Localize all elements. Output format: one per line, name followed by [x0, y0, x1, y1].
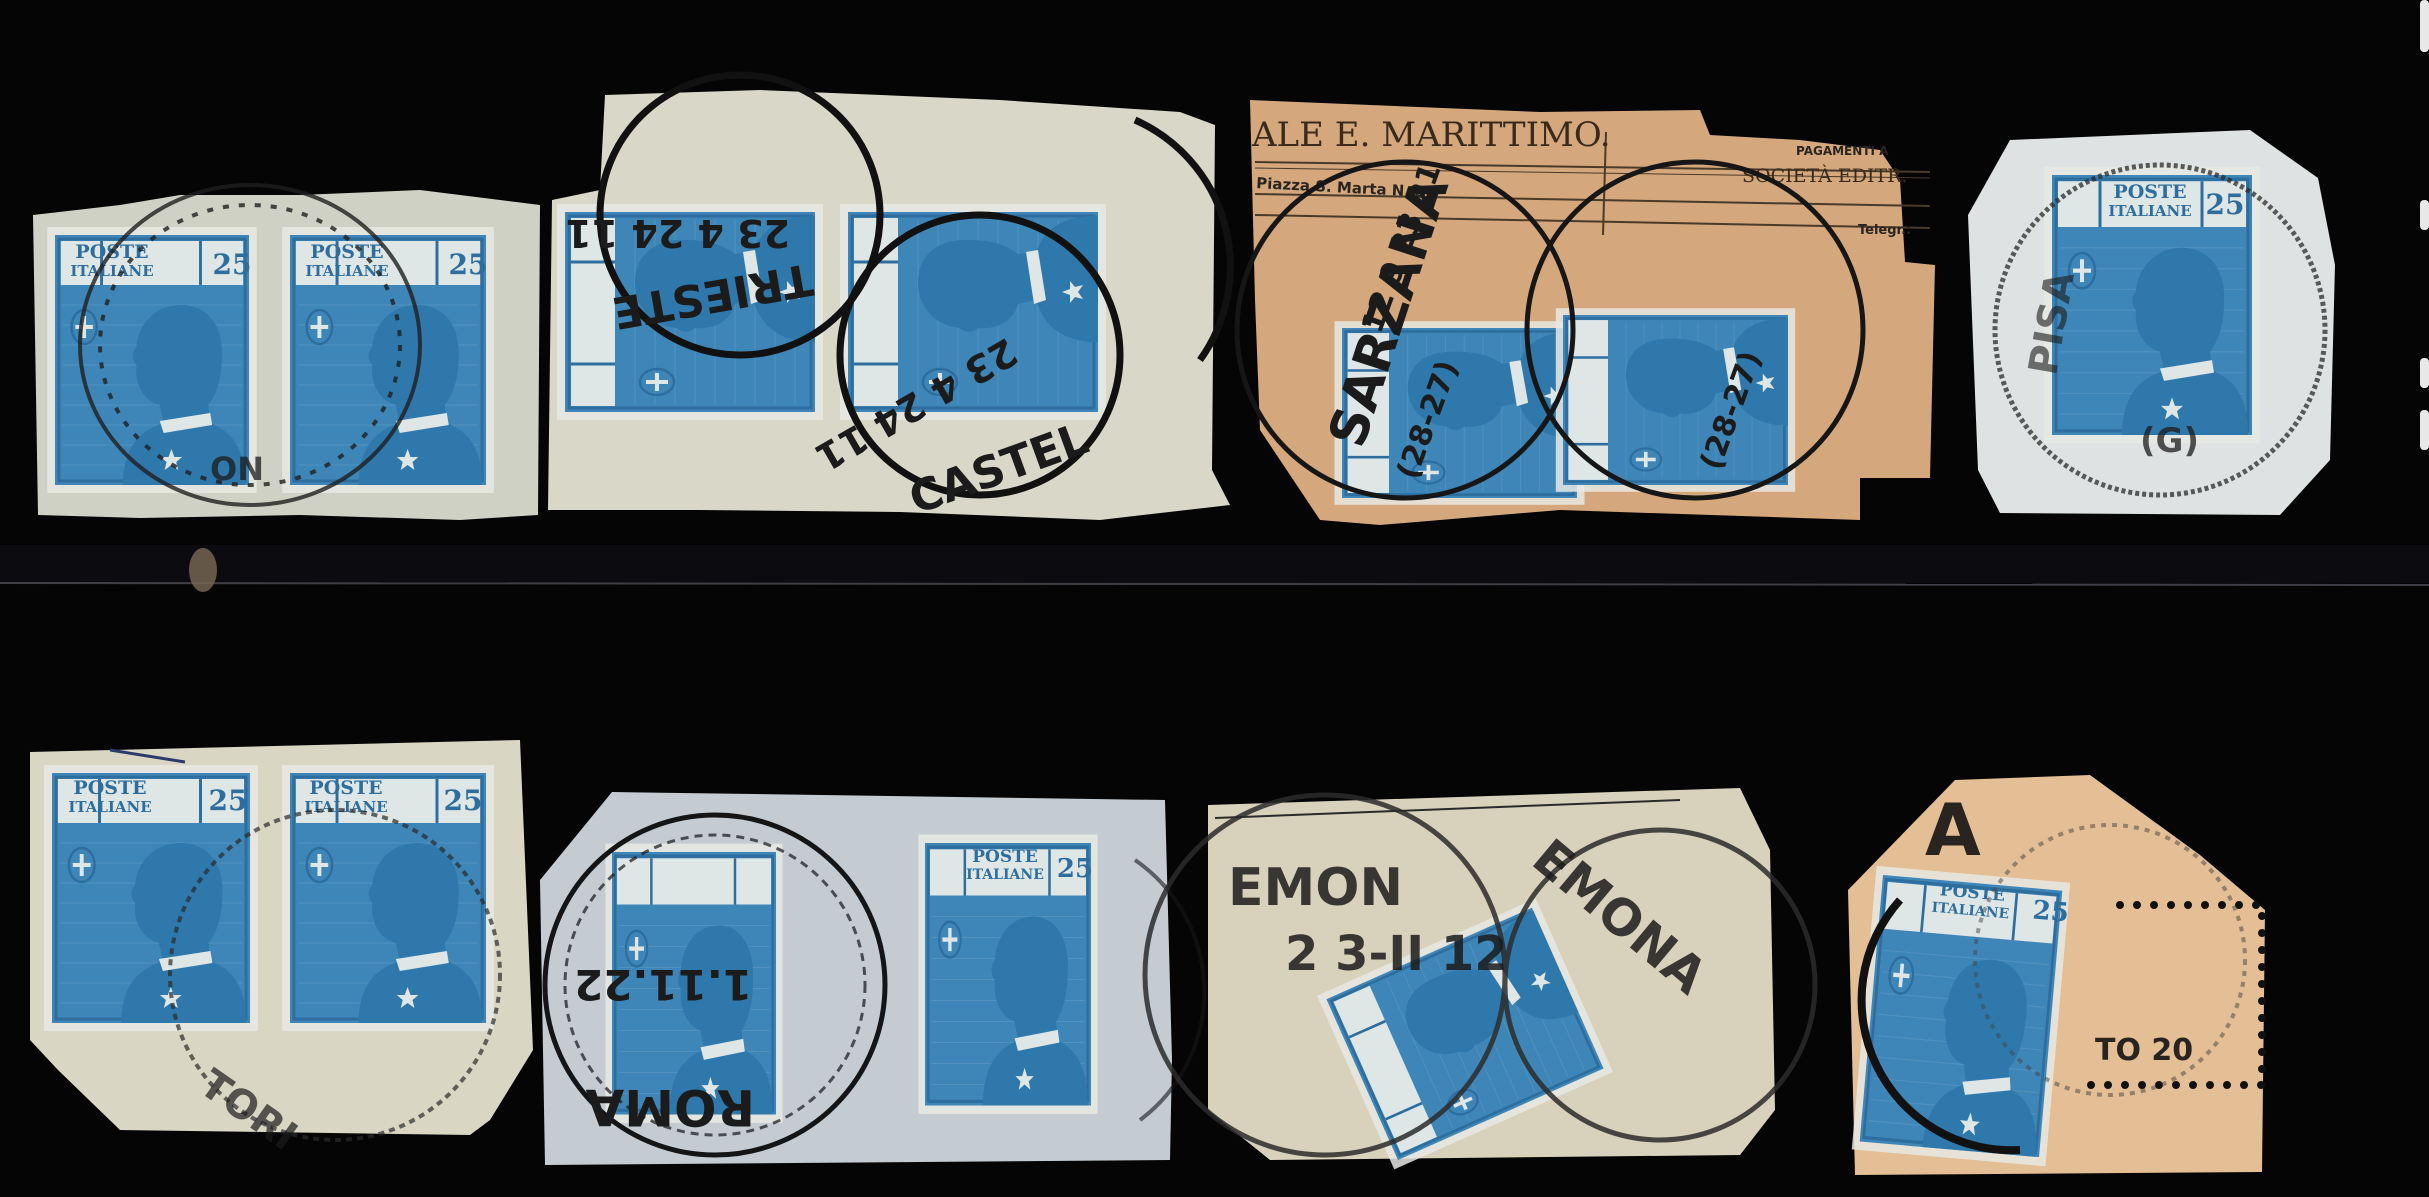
svg-text:ROMA: ROMA — [585, 1078, 755, 1136]
svg-text:Telegr.:: Telegr.: — [1858, 223, 1911, 238]
fragment-pair-c: ALE E. MARITTIMO. Piazza S. Marta N. 30 … — [1237, 100, 1935, 525]
fragment-pair-e: POSTE ITALIANE 25 POSTE ITALIANE 25 TORI — [30, 740, 533, 1160]
fragment-pair-a: POSTE ITALIANE 25 POSTE ITALIANE 25 ON — [33, 185, 540, 520]
svg-text:25: 25 — [444, 784, 483, 817]
svg-text:ITALIANE: ITALIANE — [68, 798, 151, 816]
svg-text:POSTE: POSTE — [2113, 181, 2186, 203]
stock-page-photo: POSTE ITALIANE 25 POSTE ITALIANE 25 ON 2… — [0, 0, 2429, 1197]
svg-text:25: 25 — [213, 248, 252, 281]
svg-text:23 4 24 11: 23 4 24 11 — [565, 211, 790, 255]
svg-text:POSTE: POSTE — [310, 241, 383, 263]
fragment-pair-b: 23 4 24 11 23 4 24 11 TRIESTE CASTEL — [548, 75, 1230, 525]
svg-text:A: A — [1925, 788, 1981, 872]
fragment-single-d: POSTE ITALIANE 25 PISA (G) — [1968, 130, 2335, 515]
fragment-single-g: EMON EMONA 2 3-II 12 — [1145, 788, 1815, 1169]
svg-text:25: 25 — [2206, 188, 2245, 221]
svg-text:ITALIANE: ITALIANE — [70, 262, 153, 280]
svg-text:(G): (G) — [2140, 421, 2199, 461]
svg-text:ALE E. MARITTIMO.: ALE E. MARITTIMO. — [1251, 115, 1611, 155]
svg-text:POSTE: POSTE — [972, 847, 1038, 867]
svg-text:25: 25 — [449, 248, 488, 281]
svg-text:2 3-II 12: 2 3-II 12 — [1285, 926, 1508, 982]
svg-text:ITALIANE: ITALIANE — [305, 262, 388, 280]
svg-text:25: 25 — [209, 784, 248, 817]
svg-text:ITALIANE: ITALIANE — [966, 867, 1044, 883]
svg-text:POSTE: POSTE — [309, 777, 382, 799]
svg-text:ON: ON — [210, 450, 264, 488]
svg-text:PAGAMENTI A: PAGAMENTI A — [1796, 144, 1889, 158]
fragment-pair-f: POSTE ITALIANE 25 1.11.22 ROMA — [540, 792, 1204, 1165]
svg-text:1.11.22: 1.11.22 — [574, 960, 752, 1009]
svg-text:TO 20: TO 20 — [2095, 1033, 2193, 1068]
svg-text:EMON: EMON — [1228, 858, 1403, 918]
svg-text:25: 25 — [2031, 896, 2070, 929]
svg-text:ITALIANE: ITALIANE — [2108, 202, 2191, 220]
svg-text:25: 25 — [1057, 854, 1093, 884]
svg-text:POSTE: POSTE — [73, 777, 146, 799]
